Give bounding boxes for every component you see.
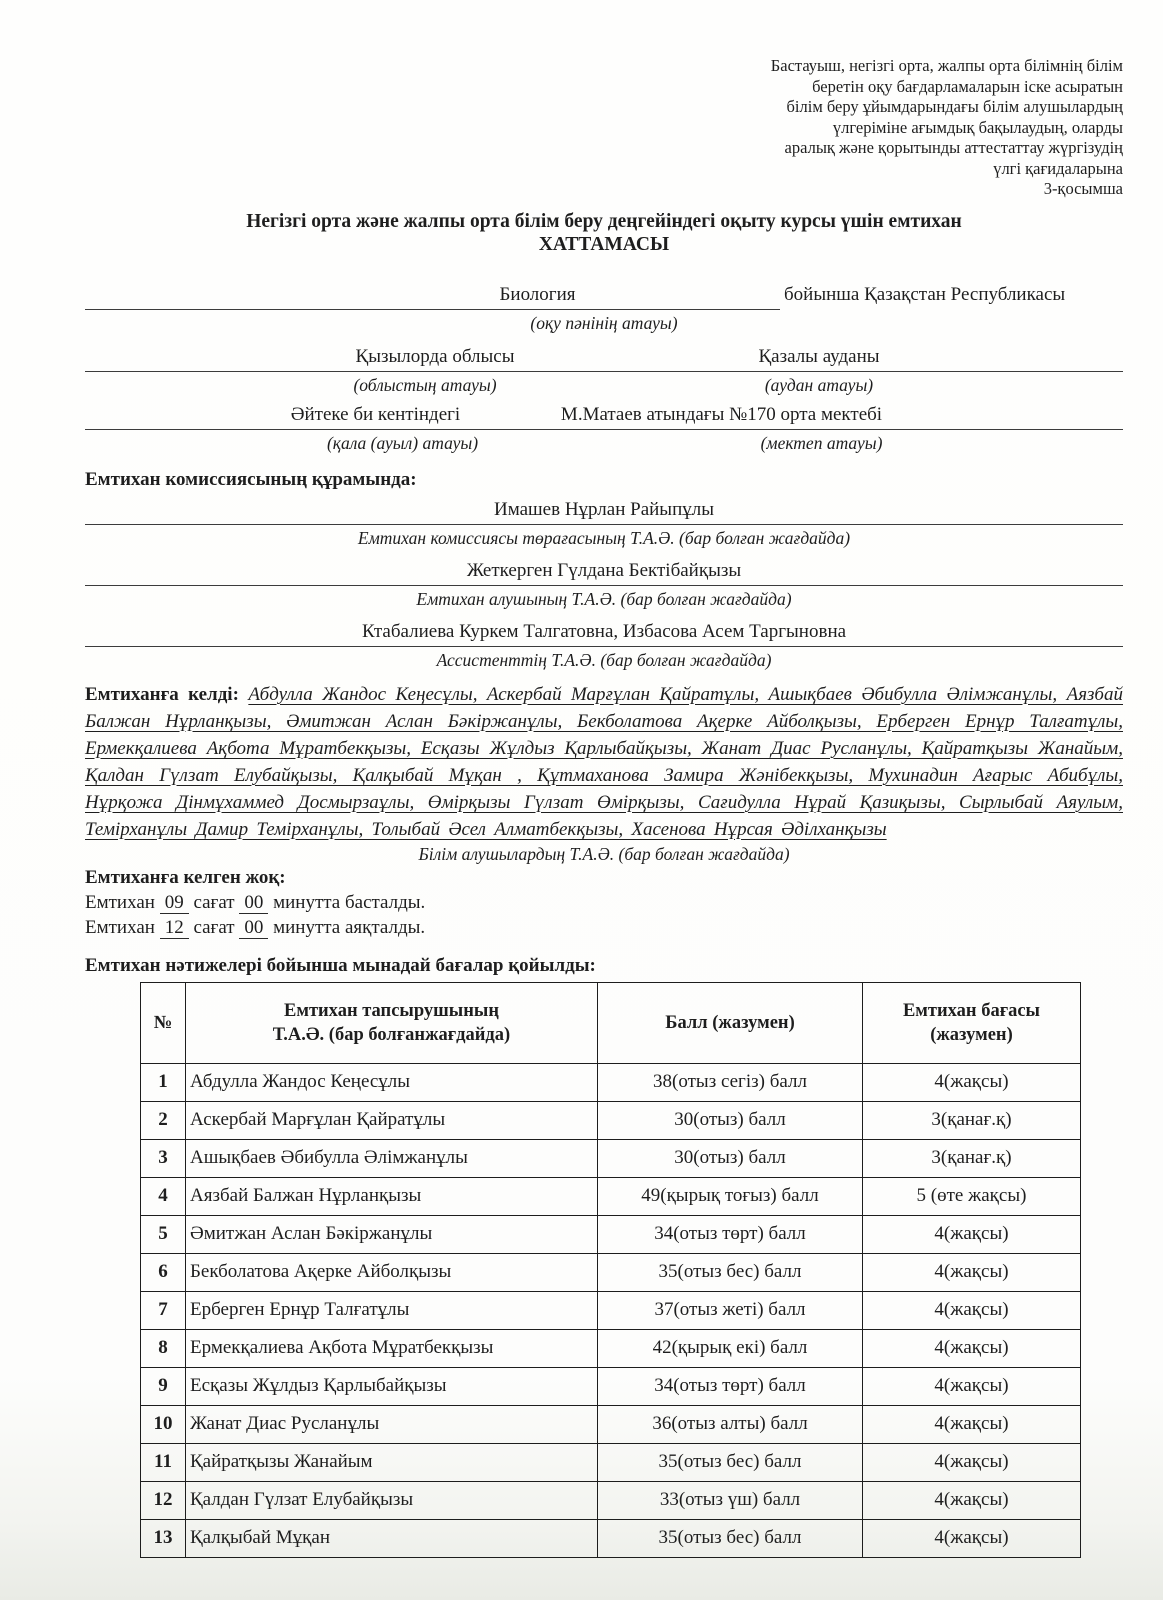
row-number: 12: [141, 1481, 186, 1519]
score-value: 33(отыз үш) балл: [598, 1481, 863, 1519]
header-grade-line2: (жазумен): [867, 1023, 1076, 1047]
start-hour: 09: [160, 892, 189, 914]
grade-value: 4(жақсы): [863, 1405, 1081, 1443]
results-table: № Емтихан тапсырушының Т.А.Ә. (бар болға…: [140, 982, 1081, 1558]
row-number: 13: [141, 1519, 186, 1557]
row-number: 7: [141, 1291, 186, 1329]
assistants-name: Ктабалиева Куркем Талгатовна, Избасова А…: [85, 618, 1123, 647]
score-value: 42(қырық екі) балл: [598, 1329, 863, 1367]
document-title: Негізгі орта және жалпы орта білім беру …: [85, 210, 1123, 256]
present-caption: Білім алушылардың Т.А.Ә. (бар болған жағ…: [85, 843, 1123, 865]
score-value: 30(отыз) балл: [598, 1139, 863, 1177]
absent-label: Емтиханға келген жоқ:: [85, 866, 1123, 890]
settlement-caption: (қала (ауыл) атауы): [85, 432, 520, 454]
subject-row: Биология бойынша Қазақстан Республикасы: [85, 280, 1123, 310]
score-value: 35(отыз бес) балл: [598, 1253, 863, 1291]
district-caption-text: (аудан атауы): [765, 374, 873, 396]
start-mid: сағат: [193, 892, 234, 913]
grade-value: 4(жақсы): [863, 1481, 1081, 1519]
end-mid: сағат: [193, 917, 234, 938]
row-number: 9: [141, 1367, 186, 1405]
grade-value: 5 (өте жақсы): [863, 1177, 1081, 1215]
student-name: Есқазы Жұлдыз Қарлыбайқызы: [186, 1367, 598, 1405]
student-name: Қайратқызы Жанайым: [186, 1443, 598, 1481]
settlement-value: Әйтеке би кентіндегі: [291, 400, 460, 429]
district-caption: (аудан атауы): [615, 374, 1123, 396]
grade-value: 4(жақсы): [863, 1215, 1081, 1253]
score-value: 34(отыз төрт) балл: [598, 1215, 863, 1253]
appendix-note-line: аралық және қорытынды аттестаттау жүргіз…: [723, 138, 1123, 159]
settlement-school-row: Әйтеке би кентіндегі М.Матаев атындағы №…: [85, 400, 1123, 430]
appendix-note: Бастауыш, негізгі орта, жалпы орта білім…: [723, 56, 1123, 200]
appendix-note-line: білім беру ұйымдарындағы білім алушылард…: [723, 97, 1123, 118]
settlement-school-captions: (қала (ауыл) атауы) (мектеп атауы): [85, 432, 1123, 454]
chairman-name: Имашев Нұрлан Райыпұлы: [85, 496, 1123, 525]
school-field: М.Матаев атындағы №170 орта мектебі: [520, 400, 1123, 430]
document-title-line2: ХАТТАМАСЫ: [85, 233, 1123, 256]
student-name: Жанат Диас Русланұлы: [186, 1405, 598, 1443]
appendix-number: 3-қосымша: [723, 179, 1123, 200]
student-name: Қалдан Гүлзат Елубайқызы: [186, 1481, 598, 1519]
header-name-line2: Т.А.Ә. (бар болғанжағдайда): [190, 1023, 593, 1047]
present-students-paragraph: Емтиханға келді: Абдулла Жандос Кеңесұлы…: [85, 681, 1123, 843]
header-number: №: [141, 982, 186, 1063]
document-title-line1: Негізгі орта және жалпы орта білім беру …: [85, 210, 1123, 233]
region-district-captions: (облыстың атауы) (аудан атауы): [85, 374, 1123, 396]
student-name: Қалқыбай Мұқан: [186, 1519, 598, 1557]
table-row: 1 Абдулла Жандос Кеңесұлы 38(отыз сегіз)…: [141, 1063, 1081, 1101]
score-value: 38(отыз сегіз) балл: [598, 1063, 863, 1101]
grade-value: 4(жақсы): [863, 1253, 1081, 1291]
subject-field: Биология: [85, 280, 780, 310]
region-value: Қызылорда облысы: [356, 342, 515, 371]
table-row: 4 Аязбай Балжан Нұрланқызы 49(қырық тоғы…: [141, 1177, 1081, 1215]
student-name: Ермекқалиева Ақбота Мұратбекқызы: [186, 1329, 598, 1367]
row-number: 10: [141, 1405, 186, 1443]
grade-value: 3(қанағ.қ): [863, 1139, 1081, 1177]
subject-caption: (оқу пәнінің атауы): [85, 312, 1123, 334]
row-number: 11: [141, 1443, 186, 1481]
score-value: 30(отыз) балл: [598, 1101, 863, 1139]
settlement-caption-text: (қала (ауыл) атауы): [327, 432, 478, 454]
row-number: 3: [141, 1139, 186, 1177]
score-value: 36(отыз алты) балл: [598, 1405, 863, 1443]
start-minute: 00: [239, 892, 268, 914]
end-pre: Емтихан: [85, 917, 155, 938]
school-caption: (мектеп атауы): [520, 432, 1123, 454]
row-number: 2: [141, 1101, 186, 1139]
end-post: минутта аяқталды.: [273, 917, 425, 938]
scanned-exam-protocol-page: Бастауыш, негізгі орта, жалпы орта білім…: [0, 0, 1163, 1600]
assistants-caption: Ассистенттің Т.А.Ә. (бар болған жағдайда…: [85, 649, 1123, 671]
district-value: Қазалы ауданы: [758, 342, 879, 371]
score-value: 49(қырық тоғыз) балл: [598, 1177, 863, 1215]
table-row: 8 Ермекқалиева Ақбота Мұратбекқызы 42(қы…: [141, 1329, 1081, 1367]
examiner-name: Жеткерген Гүлдана Бектібайқызы: [85, 557, 1123, 586]
settlement-field: Әйтеке би кентіндегі: [85, 400, 520, 430]
grade-value: 4(жақсы): [863, 1443, 1081, 1481]
end-hour: 12: [160, 917, 189, 939]
row-number: 1: [141, 1063, 186, 1101]
header-grade: Емтихан бағасы (жазумен): [863, 982, 1081, 1063]
table-row: 9 Есқазы Жұлдыз Қарлыбайқызы 34(отыз төр…: [141, 1367, 1081, 1405]
appendix-note-line: үлгеріміне ағымдық бақылаудың, оларды: [723, 118, 1123, 139]
grade-value: 4(жақсы): [863, 1063, 1081, 1101]
score-value: 35(отыз бес) балл: [598, 1519, 863, 1557]
student-name: Аскербай Марғұлан Қайратұлы: [186, 1101, 598, 1139]
row-number: 4: [141, 1177, 186, 1215]
table-row: 5 Әмитжан Аслан Бәкіржанұлы 34(отыз төрт…: [141, 1215, 1081, 1253]
region-caption: (облыстың атауы): [85, 374, 615, 396]
table-row: 13 Қалқыбай Мұқан 35(отыз бес) балл 4(жа…: [141, 1519, 1081, 1557]
header-name-line1: Емтихан тапсырушының: [190, 999, 593, 1023]
commission-heading: Емтихан комиссиясының құрамында:: [85, 468, 1123, 492]
student-name: Абдулла Жандос Кеңесұлы: [186, 1063, 598, 1101]
table-row: 11 Қайратқызы Жанайым 35(отыз бес) балл …: [141, 1443, 1081, 1481]
end-minute: 00: [239, 917, 268, 939]
student-name: Бекболатова Ақерке Айболқызы: [186, 1253, 598, 1291]
appendix-note-line: үлгі қағидаларына: [723, 159, 1123, 180]
subject-suffix: бойынша Қазақстан Республикасы: [780, 280, 1065, 310]
exam-end-line: Емтихан 12 сағат 00 минутта аяқталды.: [85, 915, 1123, 940]
results-header-row: № Емтихан тапсырушының Т.А.Ә. (бар болға…: [141, 982, 1081, 1063]
grade-value: 4(жақсы): [863, 1291, 1081, 1329]
start-pre: Емтихан: [85, 892, 155, 913]
grade-value: 4(жақсы): [863, 1519, 1081, 1557]
commission-assistants-entry: Ктабалиева Куркем Талгатовна, Избасова А…: [85, 618, 1123, 671]
present-names: Абдулла Жандос Кеңесұлы, Аскербай Марғұл…: [85, 684, 1123, 840]
present-label: Емтиханға келді:: [85, 684, 239, 705]
results-heading: Емтихан нәтижелері бойынша мынадай бағал…: [85, 954, 1123, 978]
exam-start-line: Емтихан 09 сағат 00 минутта басталды.: [85, 890, 1123, 915]
chairman-caption: Емтихан комиссиясы төрағасының Т.А.Ә. (б…: [85, 527, 1123, 549]
grade-value: 3(қанағ.қ): [863, 1101, 1081, 1139]
header-student-name: Емтихан тапсырушының Т.А.Ә. (бар болғанж…: [186, 982, 598, 1063]
score-value: 35(отыз бес) балл: [598, 1443, 863, 1481]
table-row: 6 Бекболатова Ақерке Айболқызы 35(отыз б…: [141, 1253, 1081, 1291]
examiner-caption: Емтихан алушының Т.А.Ә. (бар болған жағд…: [85, 588, 1123, 610]
row-number: 6: [141, 1253, 186, 1291]
table-row: 7 Ерберген Ернұр Талғатұлы 37(отыз жеті)…: [141, 1291, 1081, 1329]
appendix-note-line: Бастауыш, негізгі орта, жалпы орта білім…: [723, 56, 1123, 77]
region-field: Қызылорда облысы: [85, 342, 615, 372]
table-row: 10 Жанат Диас Русланұлы 36(отыз алты) ба…: [141, 1405, 1081, 1443]
row-number: 8: [141, 1329, 186, 1367]
row-number: 5: [141, 1215, 186, 1253]
student-name: Әмитжан Аслан Бәкіржанұлы: [186, 1215, 598, 1253]
student-name: Ашықбаев Әбибулла Әлімжанұлы: [186, 1139, 598, 1177]
grade-value: 4(жақсы): [863, 1329, 1081, 1367]
school-value: М.Матаев атындағы №170 орта мектебі: [561, 400, 882, 429]
table-row: 2 Аскербай Марғұлан Қайратұлы 30(отыз) б…: [141, 1101, 1081, 1139]
table-row: 12 Қалдан Гүлзат Елубайқызы 33(отыз үш) …: [141, 1481, 1081, 1519]
header-grade-line1: Емтихан бағасы: [867, 999, 1076, 1023]
appendix-note-line: беретін оқу бағдарламаларын іске асыраты…: [723, 77, 1123, 98]
score-value: 37(отыз жеті) балл: [598, 1291, 863, 1329]
region-caption-text: (облыстың атауы): [353, 374, 496, 396]
start-post: минутта басталды.: [273, 892, 425, 913]
region-district-row: Қызылорда облысы Қазалы ауданы: [85, 342, 1123, 372]
commission-chairman-entry: Имашев Нұрлан Райыпұлы Емтихан комиссияс…: [85, 496, 1123, 549]
subject-value: Биология: [499, 280, 575, 309]
school-caption-text: (мектеп атауы): [761, 432, 883, 454]
table-row: 3 Ашықбаев Әбибулла Әлімжанұлы 30(отыз) …: [141, 1139, 1081, 1177]
score-value: 34(отыз төрт) балл: [598, 1367, 863, 1405]
grade-value: 4(жақсы): [863, 1367, 1081, 1405]
student-name: Ерберген Ернұр Талғатұлы: [186, 1291, 598, 1329]
student-name: Аязбай Балжан Нұрланқызы: [186, 1177, 598, 1215]
commission-examiner-entry: Жеткерген Гүлдана Бектібайқызы Емтихан а…: [85, 557, 1123, 610]
district-field: Қазалы ауданы: [615, 342, 1123, 372]
header-score: Балл (жазумен): [598, 982, 863, 1063]
